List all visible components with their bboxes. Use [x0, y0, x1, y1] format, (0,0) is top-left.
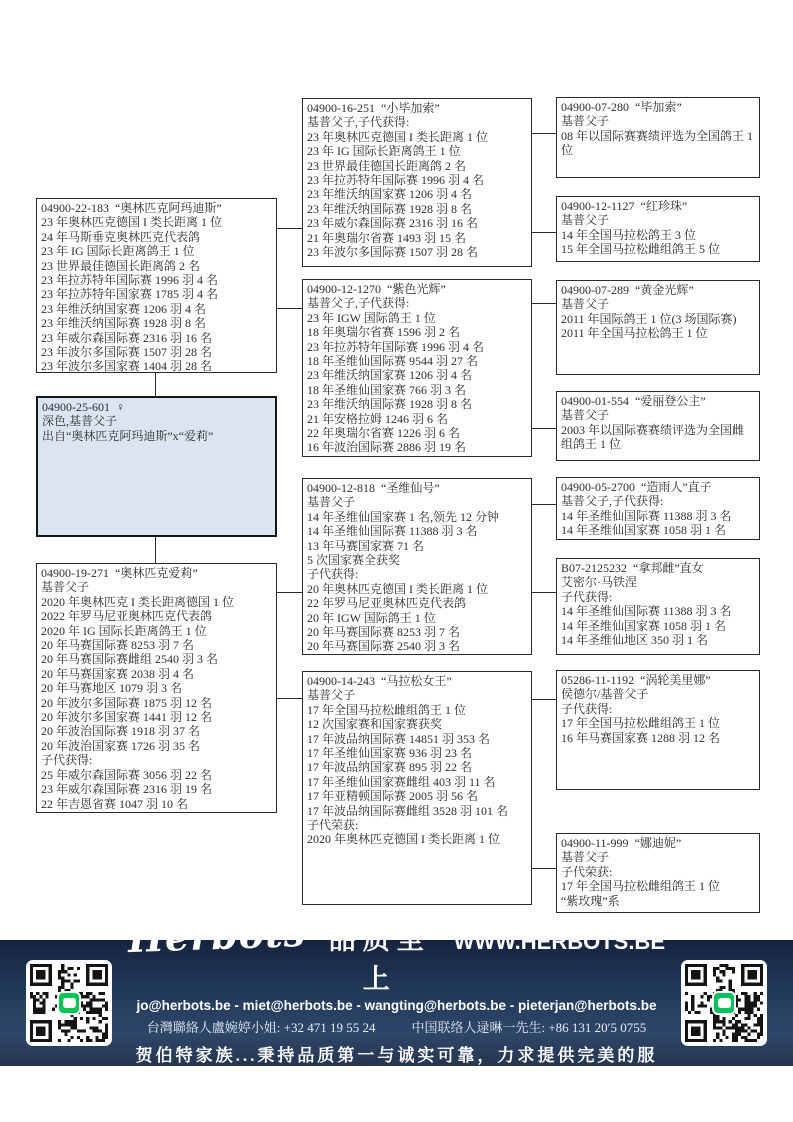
pedigree-line: 20 年波治国家赛 1726 羽 35 名: [41, 739, 272, 753]
pigeon-id-title: 04900-25-601 ♀: [42, 400, 271, 414]
pedigree-box-04900-01-554: 04900-01-554 “爱丽登公主” 基普父子2003 年以国际赛赛绩评选为…: [556, 391, 760, 461]
pedigree-line: 20 年 IGW 国际鸽王 1 位: [307, 611, 527, 625]
pedigree-line: 14 年圣维仙国际赛 11388 羽 3 名: [561, 509, 755, 523]
pedigree-line: 基普父子: [307, 495, 527, 509]
pedigree-line: 23 年威尔森国际赛 2316 羽 16 名: [307, 216, 527, 230]
pedigree-line: 20 年马赛国际赛雌组 2540 羽 3 名: [41, 652, 272, 666]
pedigree-line: 基普父子: [561, 114, 755, 128]
contact-china: 中国联络人逯晽一先生: +86 131 20′5 0755: [411, 1017, 646, 1036]
pedigree-line: 子代获得:: [41, 753, 272, 767]
pedigree-line: 18 年奥瑞尔省赛 1596 羽 2 名: [307, 325, 527, 339]
pedigree-connector: [532, 868, 556, 869]
pedigree-page: 04900-22-183 “奥林匹克阿玛迪斯” 23 年奥林匹克德国 I 类长距…: [0, 0, 793, 1122]
pedigree-box-04900-14-243: 04900-14-243 “马拉松女王” 基普父子17 年全国马拉松雌组鸽王 1…: [302, 671, 532, 905]
pedigree-line: 子代获得:: [561, 590, 755, 604]
pigeon-achievements: 基普父子,子代获得:23 年奥林匹克德国 I 类长距离 1 位23 年 IG 国…: [307, 115, 527, 259]
pedigree-line: 深色,基普父子: [42, 414, 271, 428]
pedigree-connector: [277, 308, 302, 309]
pedigree-line: 20 年马赛国家赛 2038 羽 4 名: [41, 667, 272, 681]
pigeon-id-title: 04900-12-1127 “红珍珠”: [561, 199, 755, 213]
line-app-icon: [57, 991, 81, 1015]
pedigree-box-04900-19-271: 04900-19-271 “奥林匹克爱莉” 基普父子2020 年奥林匹克 I 类…: [36, 563, 277, 813]
pigeon-achievements: 基普父子14 年圣维仙国家赛 1 名,领先 12 分钟14 年圣维仙国际赛 11…: [307, 495, 527, 653]
pedigree-line: 17 年圣维仙国家赛雌组 403 羽 11 名: [307, 775, 527, 789]
pedigree-line: 08 年以国际赛赛绩评选为全国鸽王 1 位: [561, 129, 755, 158]
pedigree-line: 23 年波尔多国际赛 1507 羽 28 名: [41, 345, 272, 359]
pedigree-line: 基普父子: [41, 580, 272, 594]
pedigree-connector: [532, 232, 556, 233]
pigeon-id-title: 04900-12-1270 “紫色光辉”: [307, 282, 527, 296]
pedigree-line: 23 年拉苏特年国家赛 1785 羽 4 名: [41, 287, 272, 301]
phone-contacts: 台灣聯絡人盧婉婷小姐: +32 471 19 55 24 中国联络人逯晽一先生:…: [128, 1017, 665, 1036]
pigeon-id-title: 04900-05-2700 “造雨人”直子: [561, 480, 755, 494]
pedigree-line: 子代荣获:: [307, 818, 527, 832]
pigeon-id-title: 04900-07-289 “黄金光辉”: [561, 283, 755, 297]
pedigree-line: 基普父子: [561, 297, 755, 311]
pedigree-connector: [155, 373, 156, 396]
pigeon-id-title: 04900-22-183 “奥林匹克阿玛迪斯”: [41, 201, 272, 215]
pedigree-box-05286-11-1192: 05286-11-1192 “涡轮美里娜” 侯德尔/基普父子子代获得:17 年全…: [556, 670, 760, 790]
pedigree-box-subject-04900-25-601: 04900-25-601 ♀ 深色,基普父子出自“奥林匹克阿玛迪斯”x“爱莉”: [36, 396, 277, 537]
pedigree-line: 子代获得:: [307, 567, 527, 581]
pedigree-line: 基普父子: [561, 213, 755, 227]
pedigree-line: 25 年威尔森国际赛 3056 羽 22 名: [41, 768, 272, 782]
pedigree-line: 23 年维沃纳国家赛 1206 羽 4 名: [307, 187, 527, 201]
pedigree-line: 17 年圣维仙国家赛 936 羽 23 名: [307, 746, 527, 760]
pedigree-line: 20 年马赛国际赛 8253 羽 7 名: [41, 638, 272, 652]
pedigree-line: 21 年奥瑞尔省赛 1493 羽 15 名: [307, 231, 527, 245]
pedigree-line: 16 年马赛国家赛 1288 羽 12 名: [561, 731, 755, 745]
pigeon-id-title: 04900-01-554 “爱丽登公主”: [561, 394, 755, 408]
pedigree-line: 14 年圣维仙国家赛 1 名,领先 12 分钟: [307, 510, 527, 524]
brand-row: Herbots 品质至上 WWW.HERBOTS.BE: [128, 913, 665, 996]
pedigree-line: 2020 年奥林匹克德国 I 类长距离 1 位: [307, 832, 527, 846]
contact-emails: jo@herbots.be - miet@herbots.be - wangti…: [128, 998, 665, 1013]
pedigree-box-04900-07-280: 04900-07-280 “毕加索” 基普父子08 年以国际赛赛绩评选为全国鸽王…: [556, 97, 760, 178]
pedigree-line: 20 年波尔多国际赛 1875 羽 12 名: [41, 696, 272, 710]
qr-code-wechat: [681, 960, 767, 1046]
pigeon-id-title: 04900-12-818 “圣维仙号”: [307, 481, 527, 495]
pedigree-line: 20 年马赛国际赛 8253 羽 7 名: [307, 625, 527, 639]
pedigree-line: 子代获得:: [561, 702, 755, 716]
pedigree-connector: [532, 592, 556, 593]
pedigree-line: 艾密尔·马铁涅: [561, 575, 755, 589]
family-slogan: 贺伯特家族...秉持品质第一与诚实可靠，力求提供完美的服务!: [128, 1041, 665, 1091]
pedigree-box-04900-12-1270: 04900-12-1270 “紫色光辉” 基普父子,子代获得:23 年 IGW …: [302, 279, 532, 457]
pedigree-line: 14 年圣维仙国家赛 1058 羽 1 名: [561, 523, 755, 537]
pedigree-connector: [532, 303, 556, 304]
pedigree-line: 17 年全国马拉松雌组鸽王 1 位: [561, 879, 755, 893]
pigeon-achievements: 深色,基普父子出自“奥林匹克阿玛迪斯”x“爱莉”: [42, 414, 271, 443]
pigeon-id-title: 04900-14-243 “马拉松女王”: [307, 674, 527, 688]
pigeon-achievements: 基普父子2011 年国际鸽王 1 位(3 场国际赛)2011 年全国马拉松鸽王 …: [561, 297, 755, 340]
pedigree-connector: [532, 133, 556, 134]
pedigree-line: 23 世界最佳德国长距离鸽 2 名: [41, 259, 272, 273]
pedigree-box-B07-2125232: B07-2125232 “拿邦雌”直女 艾密尔·马铁涅子代获得:14 年圣维仙国…: [556, 558, 760, 655]
pedigree-line: 2003 年以国际赛赛绩评选为全国雌组鸽王 1 位: [561, 423, 755, 452]
pedigree-line: 23 年 IG 国际长距离鸽王 1 位: [41, 244, 272, 258]
pigeon-id-title: B07-2125232 “拿邦雌”直女: [561, 561, 755, 575]
pedigree-line: 侯德尔/基普父子: [561, 687, 755, 701]
pedigree-line: 21 年安格拉姆 1246 羽 6 名: [307, 412, 527, 426]
pedigree-line: 23 年拉苏特年国际赛 1996 羽 4 名: [41, 273, 272, 287]
pigeon-id-title: 04900-07-280 “毕加索”: [561, 100, 755, 114]
pedigree-line: 23 年拉苏特年国际赛 1996 羽 4 名: [307, 173, 527, 187]
pedigree-line: 23 年拉苏特年国际赛 1996 羽 4 名: [307, 340, 527, 354]
pedigree-line: 12 次国家赛和国家赛获奖: [307, 717, 527, 731]
pedigree-line: 22 年罗马尼亚奥林匹克代表鸽: [307, 596, 527, 610]
pedigree-line: 17 年亚精顿国际赛 2005 羽 56 名: [307, 789, 527, 803]
pigeon-achievements: 基普父子2003 年以国际赛赛绩评选为全国雌组鸽王 1 位: [561, 408, 755, 451]
pedigree-box-04900-12-818: 04900-12-818 “圣维仙号” 基普父子14 年圣维仙国家赛 1 名,领…: [302, 478, 532, 655]
pedigree-line: 子代荣获:: [561, 865, 755, 879]
pedigree-line: 14 年圣维仙国际赛 11388 羽 3 名: [307, 524, 527, 538]
pedigree-line: 23 年奥林匹克德国 I 类长距离 1 位: [41, 215, 272, 229]
pedigree-line: 23 年 IGW 国际鸽王 1 位: [307, 311, 527, 325]
pedigree-line: 14 年圣维仙国际赛 11388 羽 3 名: [561, 604, 755, 618]
qr-code-line: [26, 960, 112, 1046]
pedigree-box-04900-12-1127: 04900-12-1127 “红珍珠” 基普父子14 年全国马拉松鸽王 3 位1…: [556, 196, 760, 262]
pedigree-line: 基普父子,子代获得:: [561, 494, 755, 508]
pigeon-achievements: 基普父子子代荣获:17 年全国马拉松雌组鸽王 1 位“紫玫瑰”系: [561, 850, 755, 908]
pedigree-box-04900-07-289: 04900-07-289 “黄金光辉” 基普父子2011 年国际鸽王 1 位(3…: [556, 280, 760, 375]
pedigree-line: 14 年圣维仙地区 350 羽 1 名: [561, 633, 755, 647]
pedigree-line: 23 年维沃纳国家赛 1206 羽 4 名: [41, 302, 272, 316]
pigeon-id-title: 04900-19-271 “奥林匹克爱莉”: [41, 566, 272, 580]
pedigree-line: 18 年圣维仙国际赛 9544 羽 27 名: [307, 354, 527, 368]
pedigree-box-04900-16-251: 04900-16-251 “小毕加索” 基普父子,子代获得:23 年奥林匹克德国…: [302, 98, 532, 267]
pedigree-line: 23 年波尔多国家赛 1404 羽 28 名: [41, 359, 272, 373]
pigeon-achievements: 基普父子08 年以国际赛赛绩评选为全国鸽王 1 位: [561, 114, 755, 157]
pedigree-line: 14 年全国马拉松鸽王 3 位: [561, 228, 755, 242]
pigeon-achievements: 基普父子2020 年奥林匹克 I 类长距离德国 1 位2022 年罗马尼亚奥林匹…: [41, 580, 272, 811]
pedigree-line: 基普父子: [561, 850, 755, 864]
pedigree-line: 23 年维沃纳国家赛 1206 羽 4 名: [307, 368, 527, 382]
pedigree-connector: [155, 537, 156, 563]
contact-taiwan: 台灣聯絡人盧婉婷小姐: +32 471 19 55 24: [147, 1017, 376, 1036]
pedigree-line: 2022 年罗马尼亚奥林匹克代表鸽: [41, 609, 272, 623]
pedigree-connector: [277, 228, 302, 229]
pedigree-line: 基普父子,子代获得:: [307, 115, 527, 129]
pedigree-connector: [532, 504, 556, 505]
pedigree-line: 23 年维沃纳国际赛 1928 羽 8 名: [41, 316, 272, 330]
pedigree-connector: [277, 592, 302, 593]
brand-tagline: 品质至上: [320, 918, 440, 996]
pigeon-achievements: 基普父子14 年全国马拉松鸽王 3 位15 年全国马拉松雌组鸽王 5 位: [561, 213, 755, 256]
wechat-icon: [712, 991, 736, 1015]
pedigree-line: 22 年吉恩省赛 1047 羽 10 名: [41, 797, 272, 811]
pedigree-line: 2011 年国际鸽王 1 位(3 场国际赛): [561, 312, 755, 326]
pedigree-line: 出自“奥林匹克阿玛迪斯”x“爱莉”: [42, 429, 271, 443]
pigeon-id-title: 05286-11-1192 “涡轮美里娜”: [561, 673, 755, 687]
pedigree-line: 5 次国家赛全获奖: [307, 553, 527, 567]
pigeon-id-title: 04900-16-251 “小毕加索”: [307, 101, 527, 115]
pedigree-box-04900-11-999: 04900-11-999 “娜迪妮” 基普父子子代荣获:17 年全国马拉松雌组鸽…: [556, 833, 760, 913]
pigeon-achievements: 基普父子17 年全国马拉松雌组鸽王 1 位12 次国家赛和国家赛获奖17 年波品…: [307, 688, 527, 846]
pedigree-line: 13 年马赛国家赛 71 名: [307, 539, 527, 553]
pedigree-line: 2020 年 IG 国际长距离鸽王 1 位: [41, 624, 272, 638]
pedigree-line: 23 年 IG 国际长距离鸽王 1 位: [307, 144, 527, 158]
pedigree-connector: [532, 699, 556, 700]
pedigree-box-04900-05-2700: 04900-05-2700 “造雨人”直子 基普父子,子代获得:14 年圣维仙国…: [556, 477, 760, 540]
pedigree-line: “紫玫瑰”系: [561, 894, 755, 908]
website-url: WWW.HERBOTS.BE: [454, 929, 665, 955]
pedigree-box-04900-22-183: 04900-22-183 “奥林匹克阿玛迪斯” 23 年奥林匹克德国 I 类长距…: [36, 198, 277, 373]
pedigree-line: 2011 年全国马拉松鸽王 1 位: [561, 326, 755, 340]
pedigree-line: 基普父子: [561, 408, 755, 422]
pedigree-line: 17 年全国马拉松雌组鸽王 1 位: [307, 703, 527, 717]
pedigree-line: 20 年波尔多国家赛 1441 羽 12 名: [41, 710, 272, 724]
pedigree-line: 18 年圣维仙国家赛 766 羽 3 名: [307, 383, 527, 397]
pedigree-line: 20 年波治国际赛 1918 羽 37 名: [41, 724, 272, 738]
pedigree-line: 17 年波品纳国际赛 14851 羽 353 名: [307, 732, 527, 746]
footer-banner: Herbots 品质至上 WWW.HERBOTS.BE jo@herbots.b…: [0, 940, 793, 1066]
pedigree-line: 17 年波品纳国家赛 895 羽 22 名: [307, 760, 527, 774]
pedigree-line: 17 年全国马拉松雌组鸽王 1 位: [561, 716, 755, 730]
pigeon-id-title: 04900-11-999 “娜迪妮”: [561, 836, 755, 850]
pedigree-line: 14 年圣维仙国家赛 1058 羽 1 名: [561, 619, 755, 633]
pigeon-achievements: 基普父子,子代获得:14 年圣维仙国际赛 11388 羽 3 名14 年圣维仙国…: [561, 494, 755, 537]
pedigree-line: 23 年维沃纳国际赛 1928 羽 8 名: [307, 397, 527, 411]
pedigree-line: 2020 年奥林匹克 I 类长距离德国 1 位: [41, 595, 272, 609]
pedigree-line: 22 年奥瑞尔省赛 1226 羽 6 名: [307, 426, 527, 440]
pedigree-connector: [277, 698, 302, 699]
pedigree-line: 24 年马斯垂克奥林匹克代表鸽: [41, 230, 272, 244]
pedigree-line: 23 年威尔森国际赛 2316 羽 16 名: [41, 331, 272, 345]
pedigree-line: 23 世界最佳德国长距离鸽 2 名: [307, 159, 527, 173]
pedigree-line: 17 年波品纳国际赛雌组 3528 羽 101 名: [307, 804, 527, 818]
pigeon-achievements: 基普父子,子代获得:23 年 IGW 国际鸽王 1 位18 年奥瑞尔省赛 159…: [307, 296, 527, 454]
pedigree-line: 23 年维沃纳国际赛 1928 羽 8 名: [307, 202, 527, 216]
pigeon-achievements: 艾密尔·马铁涅子代获得:14 年圣维仙国际赛 11388 羽 3 名14 年圣维…: [561, 575, 755, 647]
pedigree-line: 23 年波尔多国际赛 1507 羽 28 名: [307, 245, 527, 259]
herbots-logo: Herbots: [127, 910, 306, 961]
pedigree-line: 20 年马赛地区 1079 羽 3 名: [41, 681, 272, 695]
pedigree-line: 基普父子,子代获得:: [307, 296, 527, 310]
pedigree-line: 20 年马赛国际赛 2540 羽 3 名: [307, 639, 527, 653]
pedigree-line: 20 年奥林匹克德国 I 类长距离 1 位: [307, 582, 527, 596]
pedigree-line: 16 年波治国际赛 2886 羽 19 名: [307, 440, 527, 454]
pedigree-line: 15 年全国马拉松雌组鸽王 5 位: [561, 242, 755, 256]
pigeon-achievements: 23 年奥林匹克德国 I 类长距离 1 位24 年马斯垂克奥林匹克代表鸽23 年…: [41, 215, 272, 373]
pedigree-line: 基普父子: [307, 688, 527, 702]
pigeon-achievements: 侯德尔/基普父子子代获得:17 年全国马拉松雌组鸽王 1 位16 年马赛国家赛 …: [561, 687, 755, 745]
pedigree-line: 23 年奥林匹克德国 I 类长距离 1 位: [307, 130, 527, 144]
pedigree-line: 23 年威尔森国际赛 2316 羽 19 名: [41, 782, 272, 796]
pedigree-connector: [532, 428, 556, 429]
